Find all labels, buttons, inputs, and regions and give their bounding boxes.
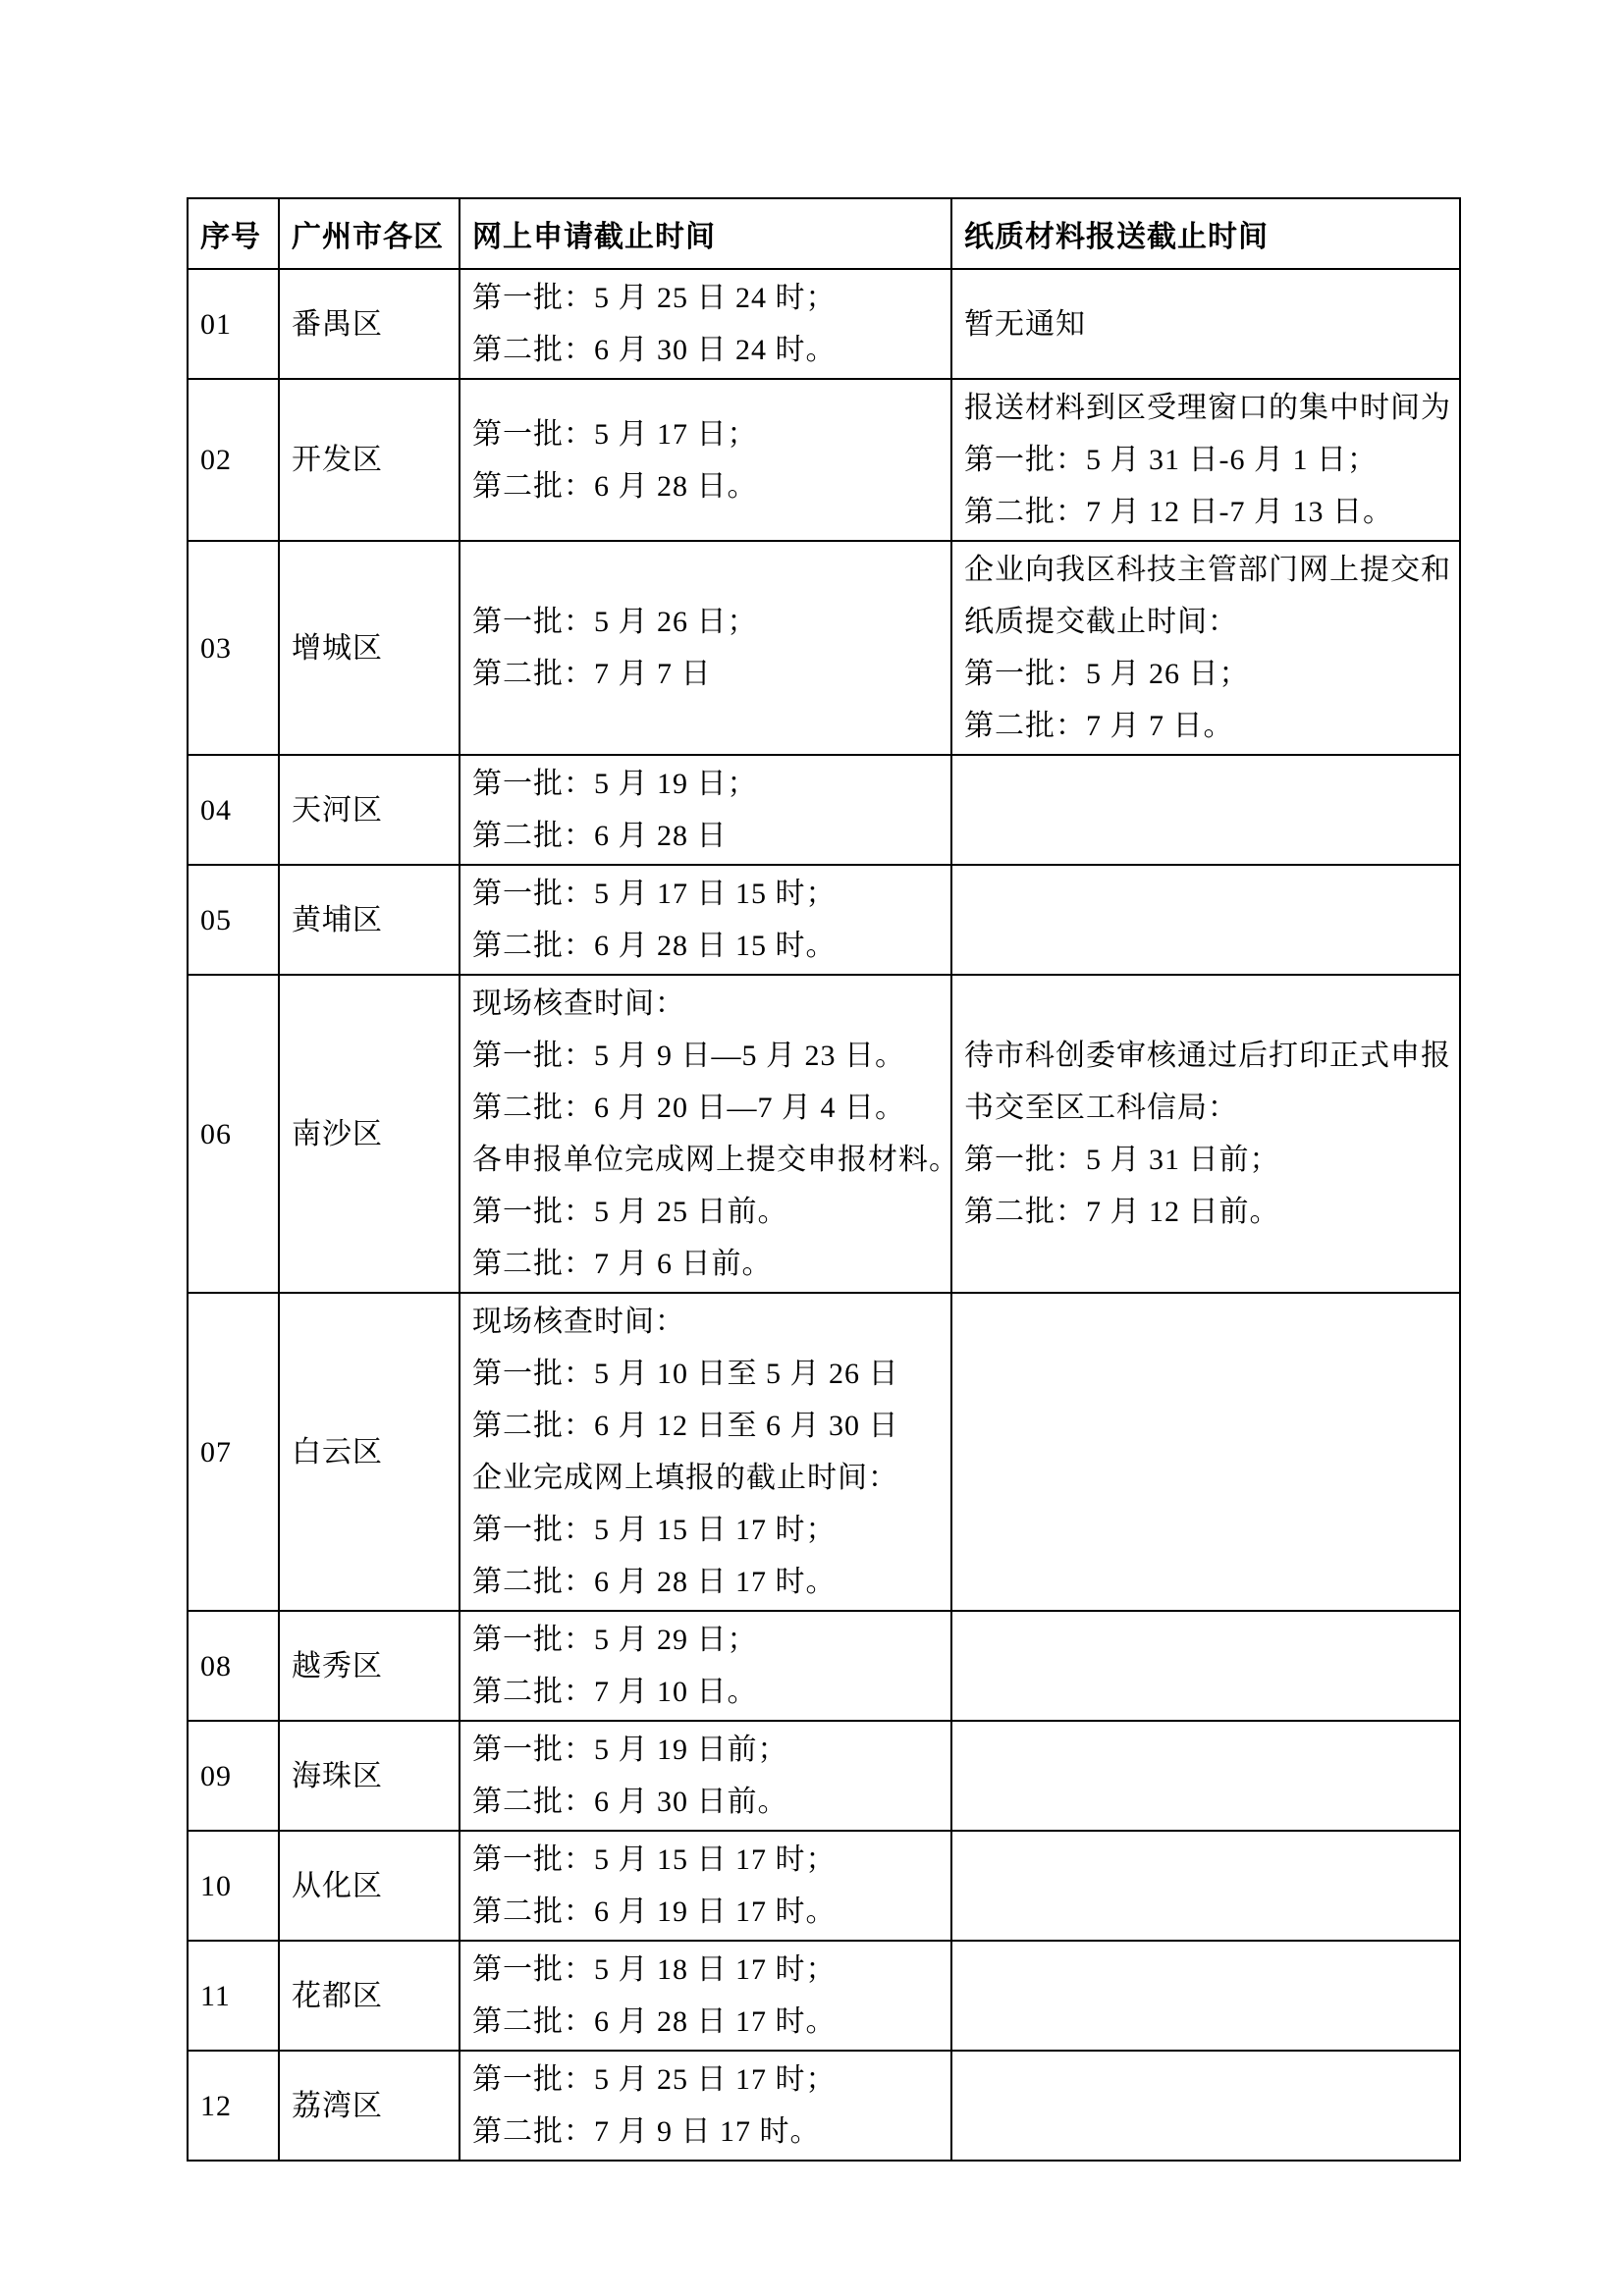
text-line: 第二批：7 月 6 日前。 bbox=[472, 1238, 947, 1290]
table-row: 11花都区第一批：5 月 18 日 17 时；第二批：6 月 28 日 17 时… bbox=[188, 1941, 1460, 2051]
paper-deadline-cell bbox=[951, 1941, 1460, 2051]
text-line: 白云区 bbox=[292, 1426, 455, 1478]
serial-cell: 11 bbox=[188, 1941, 279, 2051]
col-header-paper-deadline: 纸质材料报送截止时间 bbox=[951, 198, 1460, 269]
text-line: 第一批：5 月 19 日前； bbox=[472, 1724, 947, 1776]
paper-deadline-cell bbox=[951, 2051, 1460, 2161]
district-cell: 开发区 bbox=[279, 379, 460, 541]
table-row: 10从化区第一批：5 月 15 日 17 时；第二批：6 月 19 日 17 时… bbox=[188, 1831, 1460, 1941]
text-line: 各申报单位完成网上提交申报材料。 bbox=[472, 1134, 947, 1186]
text-line: 南沙区 bbox=[292, 1108, 455, 1160]
serial-cell: 07 bbox=[188, 1293, 279, 1611]
text-line: 第二批：6 月 30 日前。 bbox=[472, 1776, 947, 1828]
district-cell: 增城区 bbox=[279, 541, 460, 755]
text-line: 第二批：7 月 12 日前。 bbox=[964, 1186, 1455, 1238]
text-line: 第二批：7 月 9 日 17 时。 bbox=[472, 2106, 947, 2158]
paper-deadline-cell: 报送材料到区受理窗口的集中时间为第一批：5 月 31 日-6 月 1 日；第二批… bbox=[951, 379, 1460, 541]
paper-deadline-cell bbox=[951, 1611, 1460, 1721]
text-line: 11 bbox=[200, 1970, 274, 2022]
paper-deadline-cell bbox=[951, 1831, 1460, 1941]
text-line: 第二批：7 月 7 日。 bbox=[964, 700, 1455, 752]
text-line: 第一批：5 月 17 日； bbox=[472, 408, 947, 460]
text-line: 第二批：6 月 28 日 17 时。 bbox=[472, 1996, 947, 2048]
serial-cell: 04 bbox=[188, 755, 279, 865]
text-line: 第一批：5 月 31 日-6 月 1 日； bbox=[964, 434, 1455, 486]
text-line: 越秀区 bbox=[292, 1640, 455, 1692]
text-line: 第二批：6 月 19 日 17 时。 bbox=[472, 1886, 947, 1938]
table-row: 05黄埔区第一批：5 月 17 日 15 时；第二批：6 月 28 日 15 时… bbox=[188, 865, 1460, 975]
table-row: 08越秀区第一批：5 月 29 日；第二批：7 月 10 日。 bbox=[188, 1611, 1460, 1721]
text-line: 12 bbox=[200, 2080, 274, 2132]
text-line: 荔湾区 bbox=[292, 2080, 455, 2132]
text-line: 第二批：7 月 10 日。 bbox=[472, 1666, 947, 1718]
text-line: 企业完成网上填报的截止时间： bbox=[472, 1452, 947, 1504]
district-cell: 番禺区 bbox=[279, 269, 460, 379]
text-line: 第二批：6 月 30 日 24 时。 bbox=[472, 324, 947, 376]
table-row: 12荔湾区第一批：5 月 25 日 17 时；第二批：7 月 9 日 17 时。 bbox=[188, 2051, 1460, 2161]
district-cell: 荔湾区 bbox=[279, 2051, 460, 2161]
text-line: 开发区 bbox=[292, 434, 455, 486]
text-line: 第二批：6 月 28 日 15 时。 bbox=[472, 920, 947, 972]
text-line: 第二批：6 月 28 日。 bbox=[472, 460, 947, 512]
district-cell: 花都区 bbox=[279, 1941, 460, 2051]
text-line: 第二批：7 月 7 日 bbox=[472, 648, 947, 700]
paper-deadline-cell: 暂无通知 bbox=[951, 269, 1460, 379]
text-line: 黄埔区 bbox=[292, 894, 455, 946]
text-line: 第一批：5 月 25 日 17 时； bbox=[472, 2054, 947, 2106]
text-line: 第一批：5 月 9 日—5 月 23 日。 bbox=[472, 1030, 947, 1082]
text-line: 09 bbox=[200, 1750, 274, 1802]
paper-deadline-cell bbox=[951, 1721, 1460, 1831]
online-deadline-cell: 现场核查时间：第一批：5 月 10 日至 5 月 26 日第二批：6 月 12 … bbox=[460, 1293, 951, 1611]
text-line: 第一批：5 月 26 日； bbox=[964, 648, 1455, 700]
text-line: 报送材料到区受理窗口的集中时间为 bbox=[964, 382, 1455, 434]
text-line: 第一批：5 月 25 日 24 时； bbox=[472, 272, 947, 324]
text-line: 第二批：6 月 12 日至 6 月 30 日 bbox=[472, 1400, 947, 1452]
paper-deadline-cell bbox=[951, 755, 1460, 865]
text-line: 第一批：5 月 31 日前； bbox=[964, 1134, 1455, 1186]
text-line: 番禺区 bbox=[292, 298, 455, 350]
online-deadline-cell: 第一批：5 月 26 日；第二批：7 月 7 日 bbox=[460, 541, 951, 755]
table-row: 01番禺区第一批：5 月 25 日 24 时；第二批：6 月 30 日 24 时… bbox=[188, 269, 1460, 379]
text-line: 待市科创委审核通过后打印正式申报 bbox=[964, 1030, 1455, 1082]
table-row: 06南沙区现场核查时间：第一批：5 月 9 日—5 月 23 日。第二批：6 月… bbox=[188, 975, 1460, 1293]
district-cell: 海珠区 bbox=[279, 1721, 460, 1831]
text-line: 07 bbox=[200, 1426, 274, 1478]
text-line: 第一批：5 月 29 日； bbox=[472, 1614, 947, 1666]
paper-deadline-cell bbox=[951, 1293, 1460, 1611]
text-line: 第一批：5 月 15 日 17 时； bbox=[472, 1834, 947, 1886]
text-line: 02 bbox=[200, 434, 274, 486]
serial-cell: 08 bbox=[188, 1611, 279, 1721]
text-line: 企业向我区科技主管部门网上提交和 bbox=[964, 544, 1455, 596]
paper-deadline-cell bbox=[951, 865, 1460, 975]
district-cell: 白云区 bbox=[279, 1293, 460, 1611]
online-deadline-cell: 第一批：5 月 15 日 17 时；第二批：6 月 19 日 17 时。 bbox=[460, 1831, 951, 1941]
paper-deadline-cell: 待市科创委审核通过后打印正式申报书交至区工科信局：第一批：5 月 31 日前；第… bbox=[951, 975, 1460, 1293]
serial-cell: 02 bbox=[188, 379, 279, 541]
text-line: 书交至区工科信局： bbox=[964, 1082, 1455, 1134]
table-row: 03增城区第一批：5 月 26 日；第二批：7 月 7 日企业向我区科技主管部门… bbox=[188, 541, 1460, 755]
col-header-serial: 序号 bbox=[188, 198, 279, 269]
text-line: 01 bbox=[200, 298, 274, 350]
text-line: 03 bbox=[200, 622, 274, 674]
text-line: 天河区 bbox=[292, 784, 455, 836]
serial-cell: 10 bbox=[188, 1831, 279, 1941]
serial-cell: 03 bbox=[188, 541, 279, 755]
text-line: 增城区 bbox=[292, 622, 455, 674]
text-line: 第一批：5 月 15 日 17 时； bbox=[472, 1504, 947, 1556]
text-line: 现场核查时间： bbox=[472, 1296, 947, 1348]
text-line: 08 bbox=[200, 1640, 274, 1692]
text-line: 04 bbox=[200, 784, 274, 836]
online-deadline-cell: 第一批：5 月 18 日 17 时；第二批：6 月 28 日 17 时。 bbox=[460, 1941, 951, 2051]
text-line: 从化区 bbox=[292, 1860, 455, 1912]
online-deadline-cell: 第一批：5 月 19 日；第二批：6 月 28 日 bbox=[460, 755, 951, 865]
text-line: 第二批：6 月 28 日 bbox=[472, 810, 947, 862]
table-body: 01番禺区第一批：5 月 25 日 24 时；第二批：6 月 30 日 24 时… bbox=[188, 269, 1460, 2161]
text-line: 暂无通知 bbox=[964, 298, 1455, 350]
district-cell: 从化区 bbox=[279, 1831, 460, 1941]
table-row: 04天河区第一批：5 月 19 日；第二批：6 月 28 日 bbox=[188, 755, 1460, 865]
text-line: 第一批：5 月 18 日 17 时； bbox=[472, 1944, 947, 1996]
text-line: 纸质提交截止时间： bbox=[964, 596, 1455, 648]
online-deadline-cell: 第一批：5 月 17 日；第二批：6 月 28 日。 bbox=[460, 379, 951, 541]
text-line: 第二批：6 月 28 日 17 时。 bbox=[472, 1556, 947, 1608]
district-cell: 南沙区 bbox=[279, 975, 460, 1293]
text-line: 第一批：5 月 10 日至 5 月 26 日 bbox=[472, 1348, 947, 1400]
text-line: 第二批：6 月 20 日—7 月 4 日。 bbox=[472, 1082, 947, 1134]
text-line: 第一批：5 月 26 日； bbox=[472, 596, 947, 648]
online-deadline-cell: 第一批：5 月 25 日 24 时；第二批：6 月 30 日 24 时。 bbox=[460, 269, 951, 379]
text-line: 花都区 bbox=[292, 1970, 455, 2022]
text-line: 海珠区 bbox=[292, 1750, 455, 1802]
col-header-online-deadline: 网上申请截止时间 bbox=[460, 198, 951, 269]
online-deadline-cell: 第一批：5 月 17 日 15 时；第二批：6 月 28 日 15 时。 bbox=[460, 865, 951, 975]
header-row: 序号 广州市各区 网上申请截止时间 纸质材料报送截止时间 bbox=[188, 198, 1460, 269]
table-row: 07白云区现场核查时间：第一批：5 月 10 日至 5 月 26 日第二批：6 … bbox=[188, 1293, 1460, 1611]
text-line: 第一批：5 月 25 日前。 bbox=[472, 1186, 947, 1238]
online-deadline-cell: 第一批：5 月 25 日 17 时；第二批：7 月 9 日 17 时。 bbox=[460, 2051, 951, 2161]
col-header-district: 广州市各区 bbox=[279, 198, 460, 269]
text-line: 第一批：5 月 17 日 15 时； bbox=[472, 868, 947, 920]
document-page: 序号 广州市各区 网上申请截止时间 纸质材料报送截止时间 01番禺区第一批：5 … bbox=[0, 0, 1624, 2296]
district-cell: 黄埔区 bbox=[279, 865, 460, 975]
serial-cell: 06 bbox=[188, 975, 279, 1293]
table-row: 09海珠区第一批：5 月 19 日前；第二批：6 月 30 日前。 bbox=[188, 1721, 1460, 1831]
serial-cell: 12 bbox=[188, 2051, 279, 2161]
district-cell: 天河区 bbox=[279, 755, 460, 865]
online-deadline-cell: 现场核查时间：第一批：5 月 9 日—5 月 23 日。第二批：6 月 20 日… bbox=[460, 975, 951, 1293]
serial-cell: 09 bbox=[188, 1721, 279, 1831]
online-deadline-cell: 第一批：5 月 19 日前；第二批：6 月 30 日前。 bbox=[460, 1721, 951, 1831]
online-deadline-cell: 第一批：5 月 29 日；第二批：7 月 10 日。 bbox=[460, 1611, 951, 1721]
table-row: 02开发区第一批：5 月 17 日；第二批：6 月 28 日。报送材料到区受理窗… bbox=[188, 379, 1460, 541]
serial-cell: 01 bbox=[188, 269, 279, 379]
text-line: 05 bbox=[200, 894, 274, 946]
text-line: 06 bbox=[200, 1108, 274, 1160]
district-cell: 越秀区 bbox=[279, 1611, 460, 1721]
text-line: 第二批：7 月 12 日-7 月 13 日。 bbox=[964, 486, 1455, 538]
text-line: 第一批：5 月 19 日； bbox=[472, 758, 947, 810]
serial-cell: 05 bbox=[188, 865, 279, 975]
paper-deadline-cell: 企业向我区科技主管部门网上提交和纸质提交截止时间：第一批：5 月 26 日；第二… bbox=[951, 541, 1460, 755]
text-line: 10 bbox=[200, 1860, 274, 1912]
deadlines-table: 序号 广州市各区 网上申请截止时间 纸质材料报送截止时间 01番禺区第一批：5 … bbox=[187, 197, 1461, 2162]
text-line: 现场核查时间： bbox=[472, 978, 947, 1030]
